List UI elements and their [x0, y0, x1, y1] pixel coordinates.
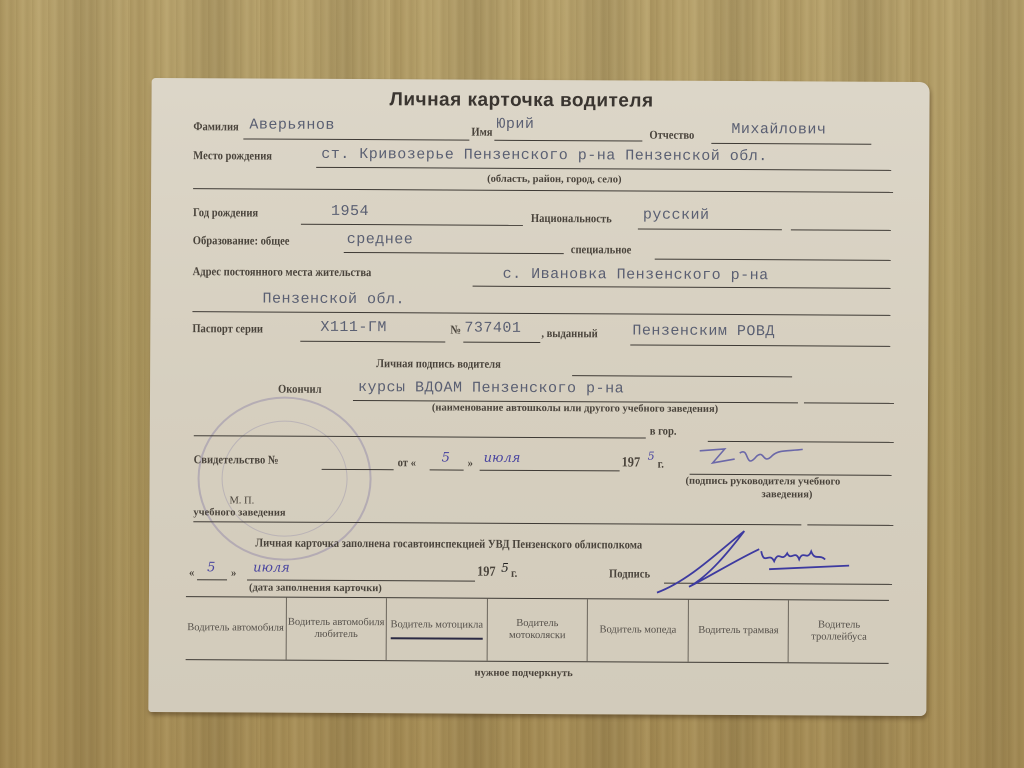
- fill-year-suffix: 5: [501, 561, 509, 575]
- seal-place-label: М. П.: [229, 495, 254, 506]
- passport-series: X111-ГМ: [320, 319, 387, 336]
- passport-number: 737401: [464, 320, 521, 337]
- certificate-quote-close: »: [468, 456, 473, 471]
- name-value: Юрий: [496, 116, 534, 133]
- name-label: Имя: [471, 125, 492, 140]
- birth-year-value: 1954: [331, 203, 369, 220]
- category-cell: Водитель трамвая: [688, 600, 789, 663]
- birthplace-hint: (область, район, город, село): [487, 174, 621, 186]
- driver-signature-label: Личная подпись водителя: [376, 356, 501, 372]
- nationality-label: Национальность: [531, 211, 612, 226]
- footer-note: нужное подчеркнуть: [475, 668, 573, 680]
- category-cell: Водитель автомобиля: [186, 597, 286, 660]
- certificate-year-abbr: г.: [658, 457, 664, 472]
- certificate-label: Свидетельство №: [194, 452, 279, 467]
- school-head-signature-hint-1: (подпись руководителя учебного: [686, 476, 841, 488]
- driver-categories-table: Водитель автомобиля Водитель автомобиля …: [186, 596, 889, 664]
- category-cell-selected: Водитель мотоцикла: [386, 598, 487, 661]
- card-title: Личная карточка водителя: [389, 89, 653, 112]
- patronymic-label: Отчество: [649, 128, 694, 143]
- fill-month: июля: [253, 561, 290, 576]
- school-head-signature: [695, 441, 815, 477]
- school-head-signature-hint-2: заведения): [761, 489, 812, 500]
- certificate-month: июля: [484, 451, 521, 466]
- education-value: среднее: [347, 231, 414, 248]
- surname-value: Аверьянов: [249, 116, 335, 133]
- inspector-signature: [649, 521, 869, 602]
- category-cell: Водитель троллейбуса: [788, 600, 889, 663]
- fill-date-hint: (дата заполнения карточки): [249, 582, 382, 594]
- category-cell: Водитель мопеда: [587, 599, 688, 662]
- school-hint: (наименование автошколы или другого учеб…: [432, 402, 718, 414]
- address-value-line1: с. Ивановка Пензенского р-на: [503, 266, 769, 284]
- category-cell: Водитель автомобиля любитель: [285, 598, 386, 661]
- certificate-date-open: от «: [398, 455, 416, 470]
- birthplace-label: Место рождения: [193, 148, 272, 163]
- nationality-value: русский: [643, 207, 710, 224]
- fill-year-abbr: г.: [511, 566, 517, 581]
- passport-label: Паспорт серии: [192, 321, 263, 336]
- city-label: в гор.: [650, 424, 677, 439]
- issued-by-label: , выданный: [541, 326, 597, 341]
- seal-place-sublabel: учебного заведения: [193, 507, 285, 518]
- fill-year-prefix: 197: [477, 565, 496, 581]
- fill-day: 5: [207, 560, 215, 575]
- address-label: Адрес постоянного места жительства: [193, 264, 372, 280]
- patronymic-value: Михайлович: [731, 121, 826, 138]
- birth-year-label: Год рождения: [193, 205, 258, 220]
- certificate-year-prefix: 197: [622, 455, 641, 471]
- certificate-year-suffix: 5: [648, 450, 655, 463]
- issued-by-value: Пензенским РОВД: [632, 322, 775, 340]
- filled-by-statement: Личная карточка заполнена госавтоинспекц…: [255, 536, 642, 553]
- certificate-day: 5: [442, 450, 450, 465]
- fill-date-close: »: [231, 565, 236, 580]
- signature-label: Подпись: [609, 566, 650, 581]
- birthplace-value: ст. Кривозерье Пензенского р-на Пензенск…: [321, 146, 768, 165]
- graduated-value: курсы ВДОАМ Пензенского р-на: [358, 379, 624, 397]
- address-value-line2: Пензенской обл.: [262, 291, 405, 309]
- category-cell: Водитель мотоколяски: [486, 599, 587, 662]
- passport-number-sign: №: [450, 323, 461, 338]
- education-label: Образование: общее: [193, 233, 290, 249]
- special-education-label: специальное: [571, 242, 632, 257]
- driver-card: Личная карточка водителя Фамилия Аверьян…: [148, 78, 929, 716]
- fill-date-open: «: [189, 565, 194, 580]
- graduated-label: Окончил: [278, 382, 322, 397]
- surname-label: Фамилия: [193, 119, 238, 134]
